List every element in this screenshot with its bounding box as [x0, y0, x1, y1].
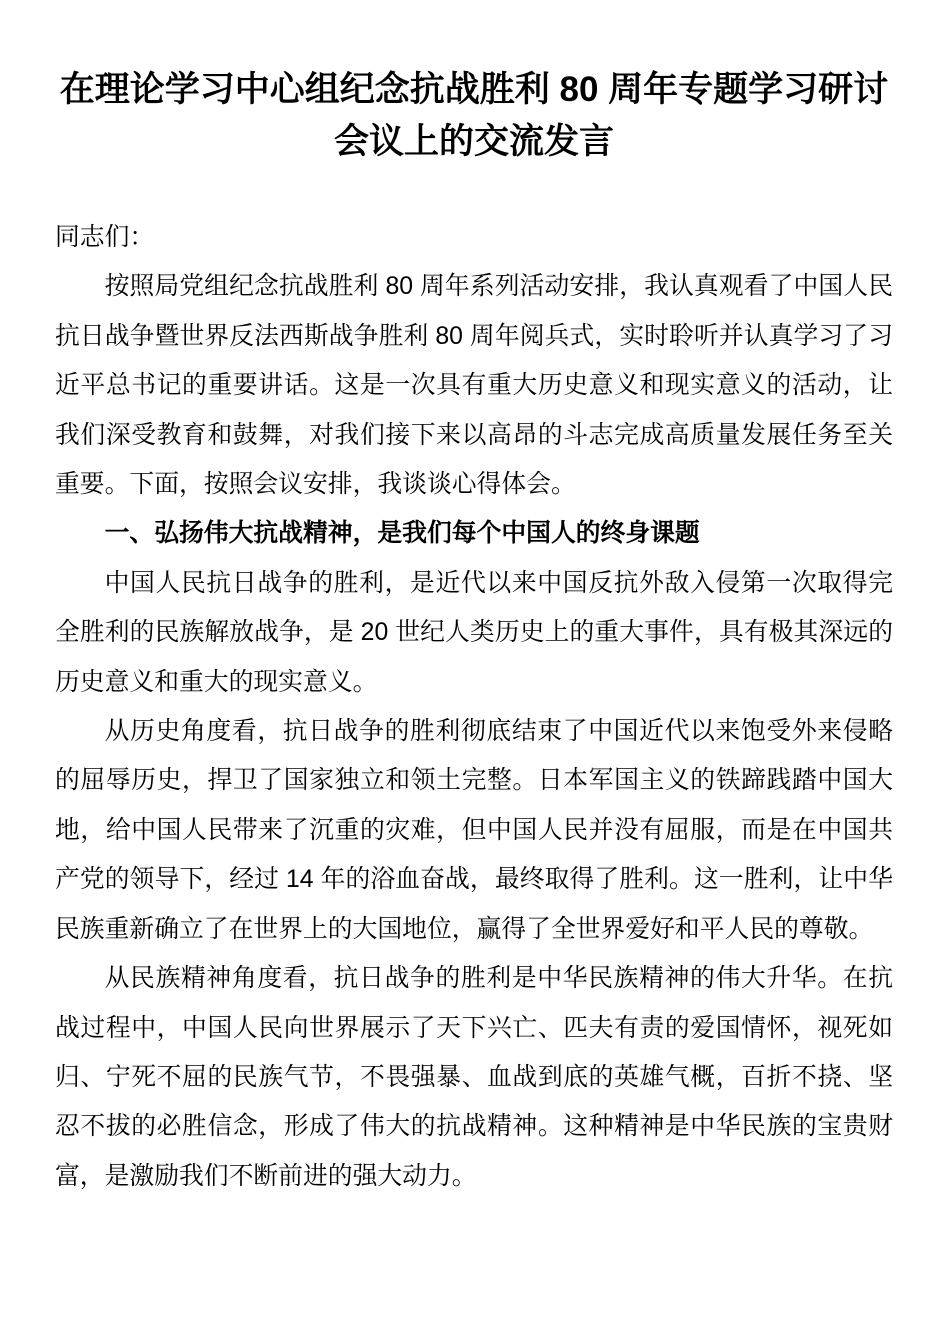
document-title: 在理论学习中心组纪念抗战胜利 80 周年专题学习研讨会议上的交流发言: [55, 64, 893, 168]
paragraph: 中国人民抗日战争的胜利，是近代以来中国反抗外敌入侵第一次取得完全胜利的民族解放战…: [55, 559, 893, 707]
document-page: 在理论学习中心组纪念抗战胜利 80 周年专题学习研讨会议上的交流发言 同志们： …: [0, 0, 950, 1344]
paragraph: 按照局党组纪念抗战胜利 80 周年系列活动安排，我认真观看了中国人民抗日战争暨世…: [55, 262, 893, 509]
paragraph: 从历史角度看，抗日战争的胜利彻底结束了中国近代以来饱受外来侵略的屈辱历史，捍卫了…: [55, 707, 893, 954]
salutation: 同志们：: [55, 213, 893, 262]
document-body: 按照局党组纪念抗战胜利 80 周年系列活动安排，我认真观看了中国人民抗日战争暨世…: [55, 262, 893, 1201]
section-heading: 一、弘扬伟大抗战精神，是我们每个中国人的终身课题: [55, 509, 893, 558]
paragraph: 从民族精神角度看，抗日战争的胜利是中华民族精神的伟大升华。在抗战过程中，中国人民…: [55, 954, 893, 1201]
